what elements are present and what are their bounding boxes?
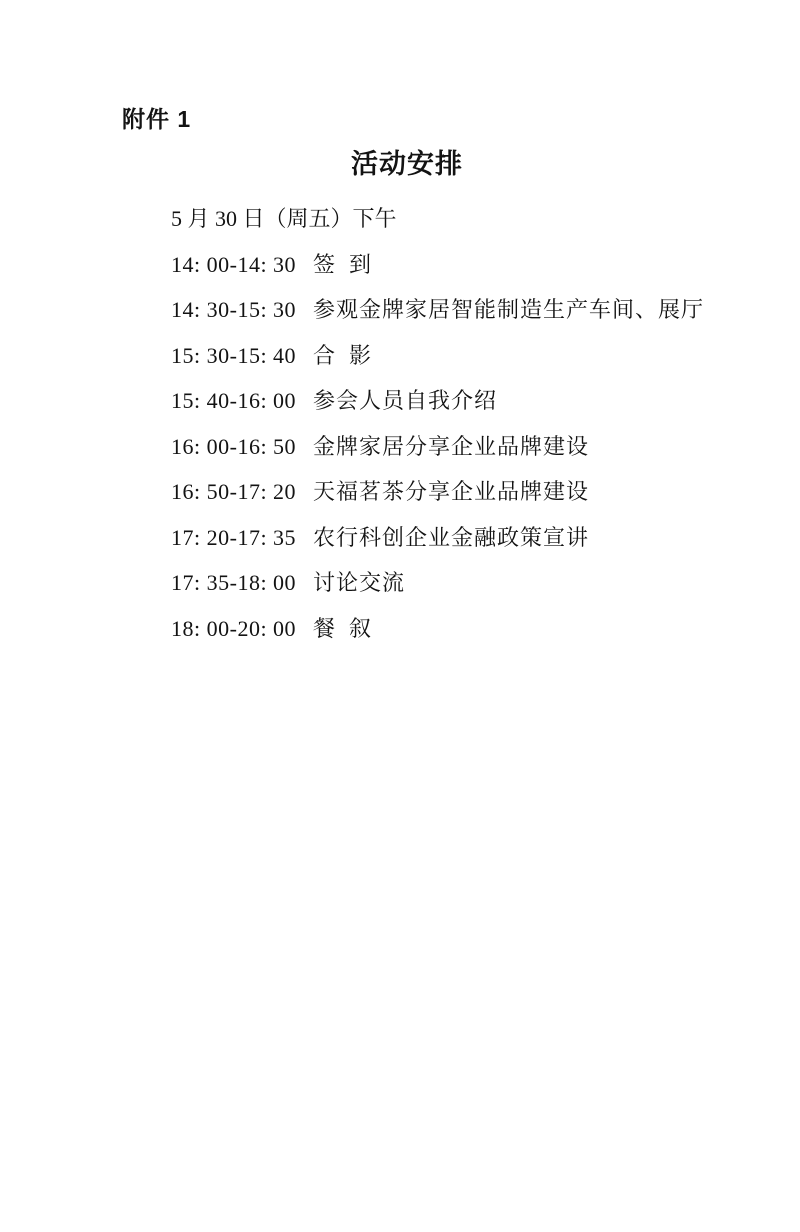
- schedule-row: 17: 35-18: 00 讨论交流: [171, 560, 704, 606]
- schedule-time: 16: 50-17: 20: [171, 469, 313, 515]
- schedule-activity: 参观金牌家居智能制造生产车间、展厅: [313, 287, 704, 333]
- page-title: 活动安排: [14, 142, 800, 181]
- schedule-activity: 农行科创企业金融政策宣讲: [313, 515, 589, 561]
- schedule-time: 15: 40-16: 00: [171, 378, 313, 424]
- attachment-label: 附件 1: [122, 101, 191, 134]
- schedule-activity: 合 影: [313, 333, 372, 379]
- schedule-time: 14: 00-14: 30: [171, 242, 313, 288]
- schedule-activity: 金牌家居分享企业品牌建设: [313, 424, 589, 470]
- schedule-row: 15: 40-16: 00 参会人员自我介绍: [171, 378, 704, 424]
- schedule-activity: 参会人员自我介绍: [313, 378, 497, 424]
- schedule-row: 14: 00-14: 30 签 到: [171, 242, 704, 288]
- schedule-activity: 签 到: [313, 242, 372, 288]
- schedule-row: 15: 30-15: 40 合 影: [171, 333, 704, 379]
- schedule-time: 16: 00-16: 50: [171, 424, 313, 470]
- schedule-time: 18: 00-20: 00: [171, 606, 313, 652]
- schedule-row: 17: 20-17: 35 农行科创企业金融政策宣讲: [171, 515, 704, 561]
- document-page: 附件 1 活动安排 5 月 30 日（周五）下午 14: 00-14: 30 签…: [0, 0, 800, 1232]
- schedule-row: 14: 30-15: 30 参观金牌家居智能制造生产车间、展厅: [171, 287, 704, 333]
- schedule-row: 18: 00-20: 00 餐 叙: [171, 606, 704, 652]
- schedule-activity: 天福茗茶分享企业品牌建设: [313, 469, 589, 515]
- schedule-list: 5 月 30 日（周五）下午 14: 00-14: 30 签 到 14: 30-…: [171, 196, 704, 651]
- schedule-row: 16: 00-16: 50 金牌家居分享企业品牌建设: [171, 424, 704, 470]
- schedule-time: 17: 35-18: 00: [171, 560, 313, 606]
- schedule-activity: 讨论交流: [313, 560, 405, 606]
- schedule-time: 17: 20-17: 35: [171, 515, 313, 561]
- schedule-time: 14: 30-15: 30: [171, 287, 313, 333]
- schedule-rows: 14: 00-14: 30 签 到 14: 30-15: 30 参观金牌家居智能…: [171, 242, 704, 652]
- schedule-time: 15: 30-15: 40: [171, 333, 313, 379]
- schedule-row: 16: 50-17: 20 天福茗茶分享企业品牌建设: [171, 469, 704, 515]
- schedule-date: 5 月 30 日（周五）下午: [171, 196, 704, 242]
- schedule-activity: 餐 叙: [313, 606, 372, 652]
